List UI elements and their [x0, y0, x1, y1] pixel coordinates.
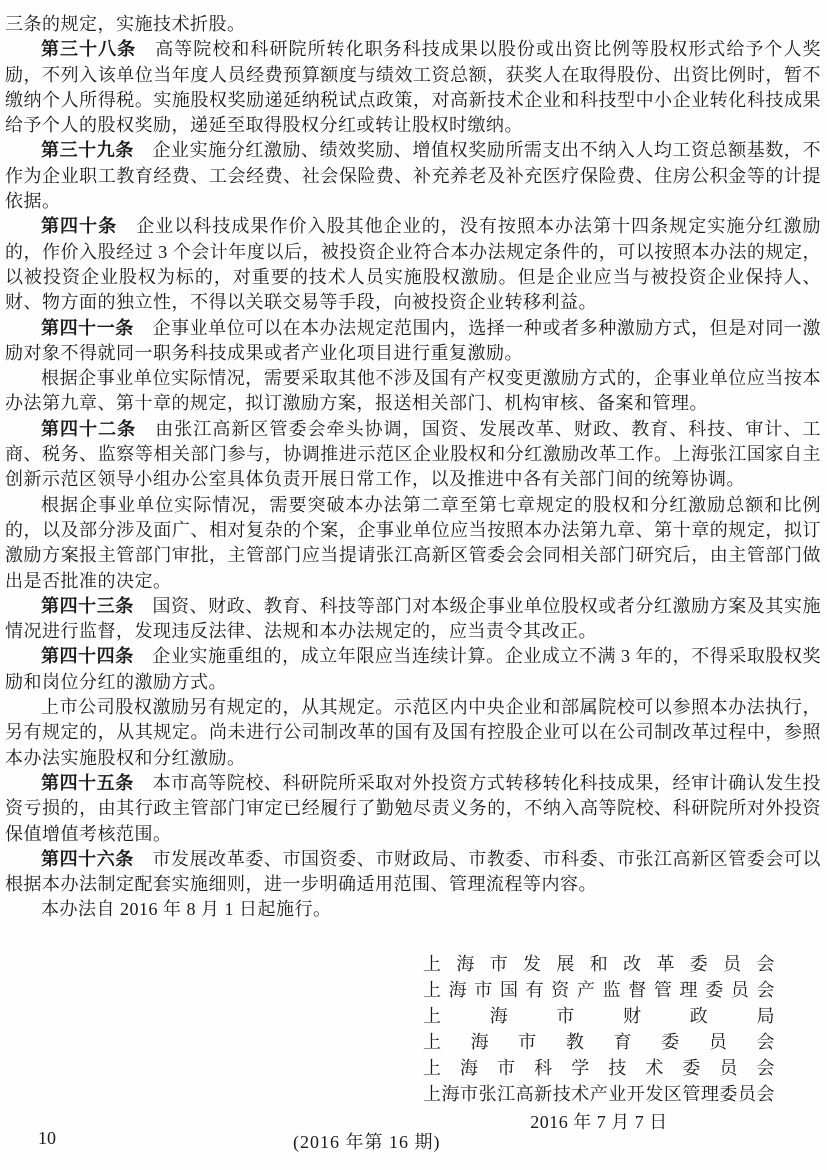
- paragraph-article-44: 第四十四条 企业实施重组的，成立年限应当连续计算。企业成立不满 3 年的，不得采…: [5, 644, 821, 695]
- signature-line: 上海市财政局: [423, 1003, 775, 1029]
- article-number: 第三十九条: [41, 140, 134, 160]
- paragraph-article-43: 第四十三条 国资、财政、教育、科技等部门对本级企事业单位股权或者分红激励方案及其…: [5, 594, 821, 645]
- paragraph: 根据企事业单位实际情况，需要采取其他不涉及国有产权变更激励方式的，企事业单位应当…: [5, 366, 821, 417]
- page-footer: 10 (2016 年第 16 期): [0, 1128, 827, 1156]
- article-number: 第四十五条: [41, 773, 134, 793]
- article-number: 第三十八条: [41, 39, 136, 59]
- paragraph-text: 根据企事业单位实际情况，需要采取其他不涉及国有产权变更激励方式的，企事业单位应当…: [5, 368, 821, 413]
- signature-line: 上海市发展和改革委员会: [423, 951, 775, 977]
- signature-block: 上海市发展和改革委员会 上海市国有资产监督管理委员会 上海市财政局 上海市教育委…: [423, 951, 775, 1135]
- page-number: 10: [38, 1128, 56, 1149]
- issue-label: (2016 年第 16 期): [293, 1128, 441, 1154]
- article-number: 第四十三条: [41, 596, 134, 616]
- article-number: 第四十二条: [41, 419, 136, 439]
- paragraph-text: 企业以科技成果作价入股其他企业的，没有按照本办法第十四条规定实施分红激励的，作价…: [5, 216, 821, 312]
- article-number: 第四十一条: [41, 318, 134, 338]
- paragraph-effective-date: 本办法自 2016 年 8 月 1 日起施行。: [5, 897, 821, 922]
- signature-line: 上海市张江高新技术产业开发区管理委员会: [423, 1081, 775, 1107]
- paragraph-article-39: 第三十九条 企业实施分红激励、绩效奖励、增值权奖励所需支出不纳入人均工资总额基数…: [5, 138, 821, 214]
- paragraph: 根据企事业单位实际情况，需要突破本办法第二章至第七章规定的股权和分红激励总额和比…: [5, 493, 821, 594]
- paragraph-article-40: 第四十条 企业以科技成果作价入股其他企业的，没有按照本办法第十四条规定实施分红激…: [5, 214, 821, 315]
- paragraph: 上市公司股权激励另有规定的，从其规定。示范区内中央企业和部属院校可以参照本办法执…: [5, 695, 821, 771]
- paragraph-article-38: 第三十八条 高等院校和科研院所转化职务科技成果以股份或出资比例等股权形式给予个人…: [5, 37, 821, 138]
- paragraph-text: 本办法自 2016 年 8 月 1 日起施行。: [41, 899, 332, 919]
- article-number: 第四十条: [41, 216, 117, 236]
- paragraph-text: 三条的规定，实施技术折股。: [5, 14, 246, 34]
- signature-line: 上海市教育委员会: [423, 1029, 775, 1055]
- document-page: 三条的规定，实施技术折股。 第三十八条 高等院校和科研院所转化职务科技成果以股份…: [0, 0, 827, 1170]
- paragraph-article-45: 第四十五条 本市高等院校、科研院所采取对外投资方式转移转化科技成果，经审计确认发…: [5, 771, 821, 847]
- document-body: 三条的规定，实施技术折股。 第三十八条 高等院校和科研院所转化职务科技成果以股份…: [5, 12, 821, 1135]
- paragraph-article-42: 第四十二条 由张江高新区管委会牵头协调，国资、发展改革、财政、教育、科技、审计、…: [5, 417, 821, 493]
- article-number: 第四十四条: [41, 646, 134, 666]
- signature-line: 上海市科学技术委员会: [423, 1055, 775, 1081]
- paragraph-article-46: 第四十六条 市发展改革委、市国资委、市财政局、市教委、市科委、市张江高新区管委会…: [5, 847, 821, 898]
- paragraph-article-41: 第四十一条 企事业单位可以在本办法规定范围内，选择一种或者多种激励方式，但是对同…: [5, 316, 821, 367]
- paragraph-text: 根据企事业单位实际情况，需要突破本办法第二章至第七章规定的股权和分红激励总额和比…: [5, 495, 821, 591]
- article-number: 第四十六条: [41, 849, 134, 869]
- signature-line: 上海市国有资产监督管理委员会: [423, 977, 775, 1003]
- paragraph-continuation: 三条的规定，实施技术折股。: [5, 12, 821, 37]
- paragraph-text: 上市公司股权激励另有规定的，从其规定。示范区内中央企业和部属院校可以参照本办法执…: [5, 697, 821, 768]
